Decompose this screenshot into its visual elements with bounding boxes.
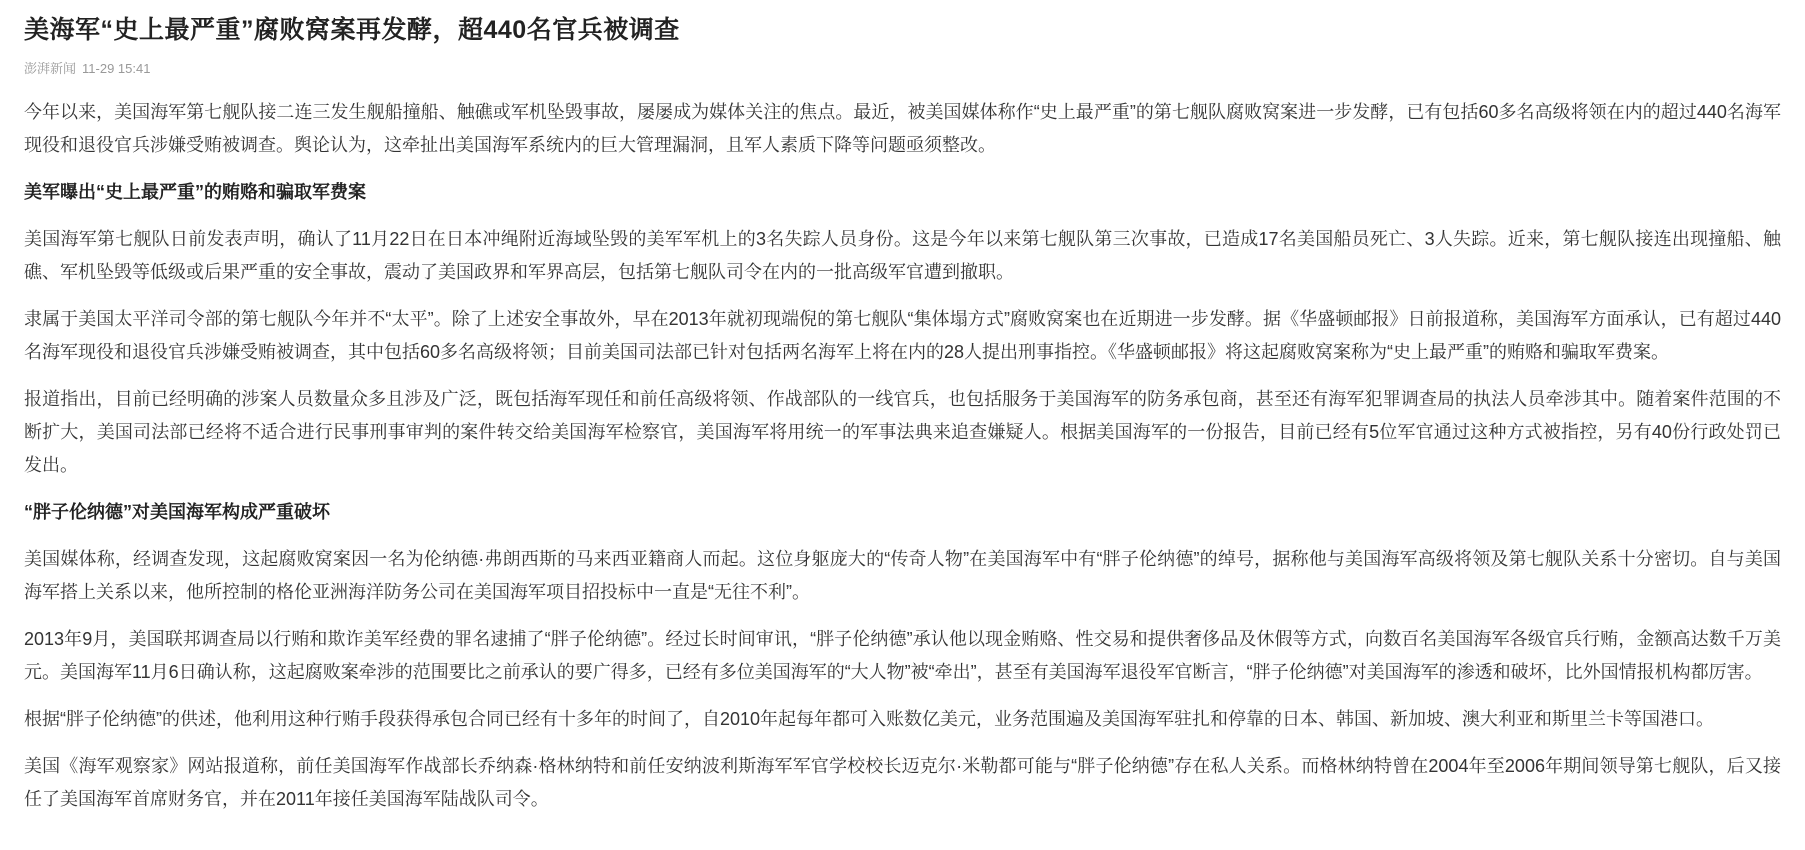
section-heading: 美军曝出“史上最严重”的贿赂和骗取军费案 (24, 176, 1781, 209)
publish-time: 11-29 15:41 (82, 61, 150, 76)
article-title: 美海军“史上最严重”腐败窝案再发酵，超440名官兵被调查 (24, 14, 1781, 47)
paragraph: 根据“胖子伦纳德”的供述，他利用这种行贿手段获得承包合同已经有十多年的时间了，自… (24, 703, 1781, 736)
article-body: 今年以来，美国海军第七舰队接二连三发生舰船撞船、触礁或军机坠毁事故，屡屡成为媒体… (24, 96, 1781, 816)
paragraph: 隶属于美国太平洋司令部的第七舰队今年并不“太平”。除了上述安全事故外，早在201… (24, 303, 1781, 369)
paragraph: 报道指出，目前已经明确的涉案人员数量众多且涉及广泛，既包括海军现任和前任高级将领… (24, 383, 1781, 482)
article-page: 美海军“史上最严重”腐败窝案再发酵，超440名官兵被调查 澎湃新闻11-29 1… (0, 0, 1805, 850)
paragraph: 2013年9月，美国联邦调查局以行贿和欺诈美军经费的罪名逮捕了“胖子伦纳德”。经… (24, 623, 1781, 689)
paragraph: 美国《海军观察家》网站报道称，前任美国海军作战部长乔纳森·格林纳特和前任安纳波利… (24, 750, 1781, 816)
source-name: 澎湃新闻 (24, 61, 76, 76)
section-heading: “胖子伦纳德”对美国海军构成严重破坏 (24, 496, 1781, 529)
paragraph: 今年以来，美国海军第七舰队接二连三发生舰船撞船、触礁或军机坠毁事故，屡屡成为媒体… (24, 96, 1781, 162)
paragraph: 美国海军第七舰队日前发表声明，确认了11月22日在日本冲绳附近海域坠毁的美军军机… (24, 223, 1781, 289)
article-meta: 澎湃新闻11-29 15:41 (24, 61, 1781, 77)
paragraph: 美国媒体称，经调查发现，这起腐败窝案因一名为伦纳德·弗朗西斯的马来西亚籍商人而起… (24, 543, 1781, 609)
